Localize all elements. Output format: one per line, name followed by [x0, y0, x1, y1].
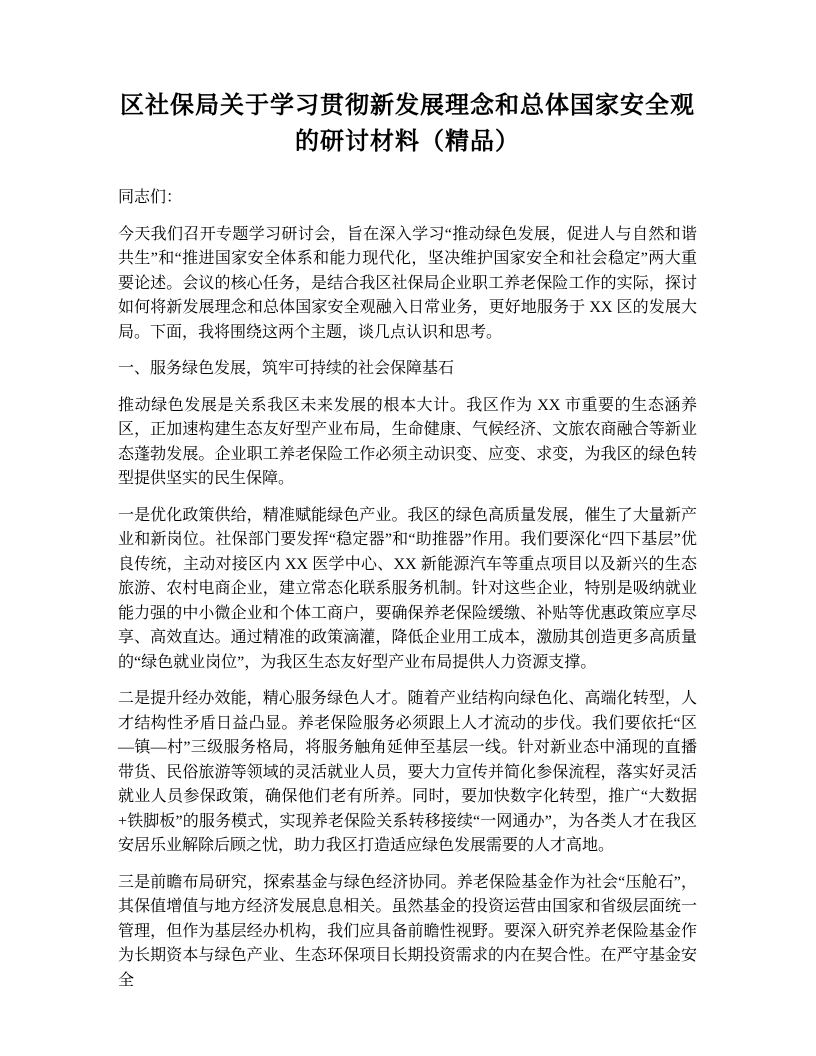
- paragraph-point-3: 三是前瞻布局研究，探索基金与绿色经济协同。养老保险基金作为社会“压舱石”，其保值…: [118, 871, 697, 994]
- paragraph-point-1: 一是优化政策供给，精准赋能绿色产业。我区的绿色高质量发展，催生了大量新产业和新岗…: [118, 504, 697, 676]
- section-heading-1: 一、服务绿色发展，筑牢可持续的社会保障基石: [118, 357, 697, 382]
- document-page: 区社保局关于学习贯彻新发展理念和总体国家安全观的研讨材料（精品） 同志们： 今天…: [0, 0, 816, 1056]
- document-title: 区社保局关于学习贯彻新发展理念和总体国家安全观的研讨材料（精品）: [118, 88, 697, 160]
- paragraph-section-intro: 推动绿色发展是关系我区未来发展的根本大计。我区作为 XX 市重要的生态涵养区，正…: [118, 394, 697, 492]
- salutation: 同志们：: [118, 186, 697, 211]
- paragraph-opening: 今天我们召开专题学习研讨会，旨在深入学习“推动绿色发展，促进人与自然和谐共生”和…: [118, 223, 697, 346]
- paragraph-point-2: 二是提升经办效能，精心服务绿色人才。随着产业结构向绿色化、高端化转型，人才结构性…: [118, 687, 697, 859]
